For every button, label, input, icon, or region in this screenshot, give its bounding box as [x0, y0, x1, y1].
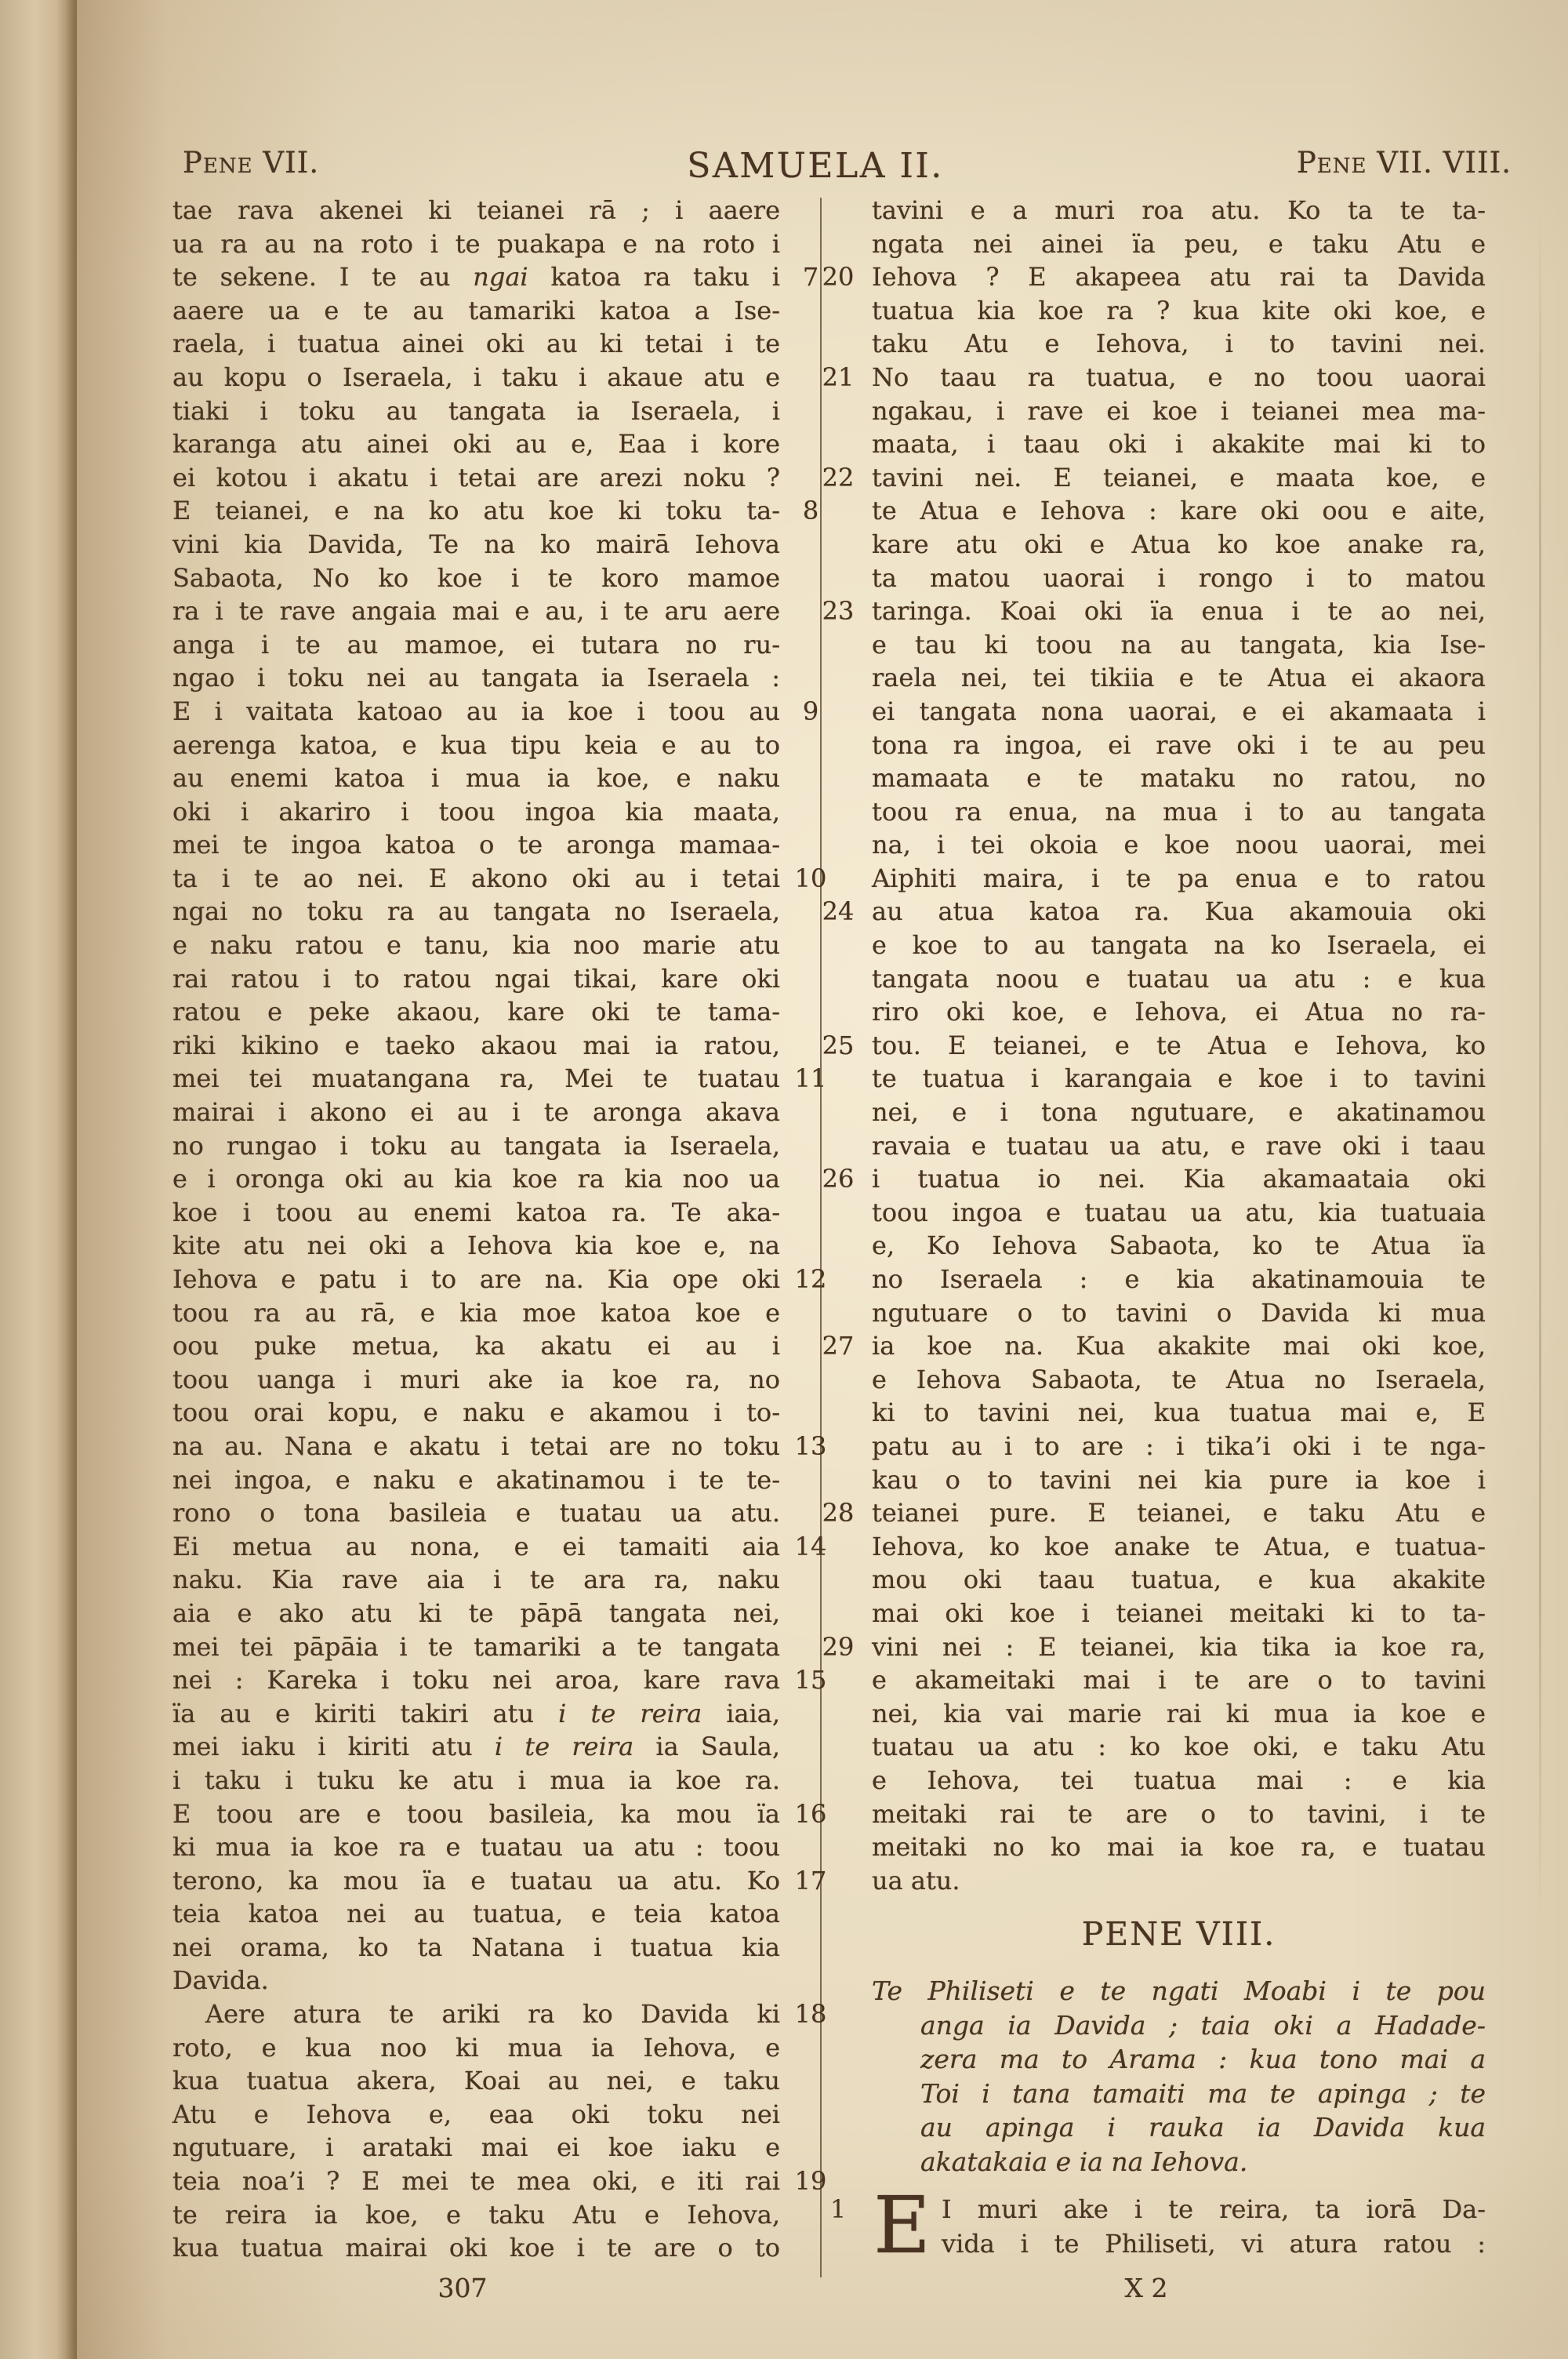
line-text: terono, ka mou ïa e tuatau ua atu. Ko	[172, 1864, 780, 1898]
text-line: ei tangata nona uaorai, e ei akamaata i	[872, 695, 1486, 729]
text-line: vida i te Philiseti, vi atura ratou :	[942, 2227, 1486, 2262]
line-text: tiaki i toku au tangata ia Iseraela, i	[172, 394, 780, 428]
text-line: rono o tona basileia e tuatau ua atu.	[172, 1496, 780, 1530]
binding-ghost-page	[0, 0, 77, 2359]
text-line: 22tavini nei. E teianei, e maata koe, e	[872, 461, 1486, 495]
line-text: toou ingoa e tuatau ua atu, kia tuatuaia	[872, 1196, 1486, 1230]
text-line: 20Iehova ? E akapeea atu rai ta Davida	[872, 260, 1486, 294]
line-text: koe i toou au enemi katoa ra. Te aka-	[172, 1196, 780, 1230]
line-text: ngai no toku ra au tangata no Iseraela,	[172, 895, 780, 929]
line-text: ua atu.	[872, 1864, 1486, 1898]
line-text: teia katoa nei au tuatua, e teia katoa	[172, 1897, 780, 1931]
line-text: e, Ko Iehova Sabaota, ko te Atua ïa	[872, 1229, 1486, 1263]
text-line: e Iehova Sabaota, te Atua no Iseraela,	[872, 1363, 1486, 1397]
line-text: tavini nei. E teianei, e maata koe, e	[872, 461, 1486, 495]
line-text: naku. Kia rave aia i te ara ra, naku	[172, 1563, 780, 1597]
text-line: raela, i tuatua ainei oki au ki tetai i …	[172, 327, 780, 361]
page-number: 307	[438, 2273, 488, 2303]
verse-number: 1	[815, 2194, 861, 2224]
text-line: 8E teianei, e na ko atu koe ki toku ta-	[172, 494, 780, 528]
verse-number: 11	[788, 1062, 833, 1096]
line-text: ïa au e kiriti takiri atu i te reira iai…	[172, 1697, 780, 1731]
line-text: ki mua ia koe ra e tuatau ua atu : toou	[172, 1830, 780, 1864]
text-line: karanga atu ainei oki au e, Eaa i kore	[172, 427, 780, 461]
line-text: teianei pure. E teianei, e taku Atu e	[872, 1496, 1486, 1530]
right-page-curve	[1539, 204, 1541, 1929]
line-text: Iehova e patu i to are na. Kia ope oki	[172, 1263, 780, 1296]
verse-number: 20	[815, 260, 861, 294]
text-line: Toi i tana tamaiti ma te apinga ; te	[872, 2077, 1486, 2111]
text-line: meitaki no ko mai ia koe ra, e tuatau	[872, 1830, 1486, 1864]
text-line: 17terono, ka mou ïa e tuatau ua atu. Ko	[172, 1864, 780, 1898]
text-line: 7te sekene. I te au ngai katoa ra taku i	[172, 260, 780, 294]
text-line: kite atu nei oki a Iehova kia koe e, na	[172, 1229, 780, 1263]
text-line: taku Atu e Iehova, i to tavini nei.	[872, 327, 1486, 361]
line-text: teia noa’i ? E mei te mea oki, e iti rai	[172, 2165, 780, 2198]
line-text: na, i tei okoia e koe noou uaorai, mei	[872, 828, 1486, 862]
line-text: Te Philiseti e te ngati Moabi i te pou	[872, 1974, 1486, 2008]
drop-cap-initial: E	[872, 2193, 942, 2262]
text-line: raela nei, tei tikiia e te Atua ei akaor…	[872, 661, 1486, 695]
text-line: 21No taau ra tuatua, e no toou uaorai	[872, 361, 1486, 394]
text-line: no rungao i toku au tangata ia Iseraela,	[172, 1129, 780, 1163]
line-text: meitaki no ko mai ia koe ra, e tuatau	[872, 1830, 1486, 1864]
text-line: toou ra au rā, e kia moe katoa koe e	[172, 1296, 780, 1330]
chapter-verse-1: 1 E I muri ake i te reira, ta iorā Da- v…	[872, 2193, 1486, 2262]
text-line: ei kotou i akatu i tetai are arezi noku …	[172, 461, 780, 495]
line-text: tona ra ingoa, ei rave oki i te au peu	[872, 729, 1486, 762]
line-text: riki kikino e taeko akaou mai ia ratou,	[172, 1029, 780, 1063]
text-line: ta matou uaorai i rongo i to matou	[872, 562, 1486, 595]
line-text: rai ratou i to ratou ngai tikai, kare ok…	[172, 962, 780, 996]
line-text: Davida.	[172, 1964, 780, 1997]
line-text: vini nei : E teianei, kia tika ia koe ra…	[872, 1630, 1486, 1664]
text-line: toou orai kopu, e naku e akamou i to-	[172, 1396, 780, 1430]
text-line: mairai i akono ei au i te aronga akava	[172, 1096, 780, 1129]
text-line: patu au i to are : i tika’i oki i te nga…	[872, 1430, 1486, 1463]
text-line: toou uanga i muri ake ia koe ra, no	[172, 1363, 780, 1397]
text-line: teia katoa nei au tuatua, e teia katoa	[172, 1897, 780, 1931]
text-line: ki to tavini nei, kua tuatua mai e, E	[872, 1396, 1486, 1430]
text-line: nei, e i tona ngutuare, e akatinamou	[872, 1096, 1486, 1129]
line-text: kua tuatua mairai oki koe i te are o to	[172, 2231, 780, 2265]
text-line: e Iehova, tei tuatua mai : e kia	[872, 1764, 1486, 1797]
verse-number: 13	[788, 1430, 833, 1463]
line-text: raela nei, tei tikiia e te Atua ei akaor…	[872, 661, 1486, 695]
line-text: riro oki koe, e Iehova, ei Atua no ra-	[872, 995, 1486, 1029]
text-line: au enemi katoa i mua ia koe, e naku	[172, 761, 780, 795]
text-line: kau o to tavini nei kia pure ia koe i	[872, 1463, 1486, 1497]
text-line: ïa au e kiriti takiri atu i te reira iai…	[172, 1697, 780, 1731]
line-text: E i vaitata katoao au ia koe i toou au	[172, 695, 780, 729]
text-line: aaere ua e te au tamariki katoa a Ise-	[172, 294, 780, 328]
line-text: ki to tavini nei, kua tuatua mai e, E	[872, 1396, 1486, 1430]
line-text: No taau ra tuatua, e no toou uaorai	[872, 361, 1486, 394]
text-line: tangata noou e tuatau ua atu : e kua	[872, 962, 1486, 996]
line-text: ngakau, i rave ei koe i teianei mea ma-	[872, 394, 1486, 428]
text-line: riro oki koe, e Iehova, ei Atua no ra-	[872, 995, 1486, 1029]
line-text: mamaata e te mataku no ratou, no	[872, 761, 1486, 795]
text-line: 19teia noa’i ? E mei te mea oki, e iti r…	[172, 2165, 780, 2198]
text-line: aia e ako atu ki te pāpā tangata nei,	[172, 1597, 780, 1630]
text-line: 18Aere atura te ariki ra ko Davida ki	[172, 1997, 780, 2031]
running-header-right: Pene VII. VIII.	[1297, 146, 1512, 180]
line-text: ngao i toku nei au tangata ia Iseraela :	[172, 661, 780, 695]
text-line: tavini e a muri roa atu. Ko ta te ta-	[872, 194, 1486, 227]
text-line: te Atua e Iehova : kare oki oou e aite,	[872, 494, 1486, 528]
line-text: e naku ratou e tanu, kia noo marie atu	[172, 929, 780, 962]
line-text: mei tei pāpāia i te tamariki a te tangat…	[172, 1630, 780, 1664]
text-line: 27ia koe na. Kua akakite mai oki koe,	[872, 1329, 1486, 1363]
line-text: no rungao i toku au tangata ia Iseraela,	[172, 1129, 780, 1163]
text-line: Aiphiti maira, i te pa enua e to ratou	[872, 862, 1486, 896]
text-line: oki i akariro i toou ingoa kia maata,	[172, 795, 780, 829]
line-text: karanga atu ainei oki au e, Eaa i kore	[172, 427, 780, 461]
line-text: oou puke metua, ka akatu ei au i	[172, 1329, 780, 1363]
text-line: kare atu oki e Atua ko koe anake ra,	[872, 528, 1486, 562]
text-line: anga ia Davida ; taia oki a Hadade-	[872, 2008, 1486, 2043]
verse-number: 27	[815, 1329, 861, 1363]
line-text: maata, i taau oki i akakite mai ki to	[872, 427, 1486, 461]
verse-number: 26	[815, 1162, 861, 1196]
line-text: rono o tona basileia e tuatau ua atu.	[172, 1496, 780, 1530]
line-text: no Iseraela : e kia akatinamouia te	[872, 1263, 1486, 1296]
verse-number: 17	[788, 1864, 833, 1898]
line-text: tuatau ua atu : ko koe oki, e taku Atu	[872, 1730, 1486, 1764]
line-text: tae rava akenei ki teianei rā ; i aaere	[172, 194, 780, 227]
line-text: kare atu oki e Atua ko koe anake ra,	[872, 528, 1486, 562]
right-column-verse-lines: tavini e a muri roa atu. Ko ta te ta-nga…	[872, 194, 1486, 1897]
line-text: mei tei muatangana ra, Mei te tuatau	[172, 1062, 780, 1096]
line-text: nei ingoa, e naku e akatinamou i te te-	[172, 1463, 780, 1497]
verse-number: 8	[788, 494, 833, 528]
verse-number: 9	[788, 695, 833, 729]
text-line: au apinga i rauka ia Davida kua	[872, 2110, 1486, 2145]
text-line: nei ingoa, e naku e akatinamou i te te-	[172, 1463, 780, 1497]
verse-number: 29	[815, 1630, 861, 1664]
line-text: au atua katoa ra. Kua akamouia oki	[872, 895, 1486, 929]
text-line: e akameitaki mai i te are o to tavini	[872, 1663, 1486, 1697]
line-text: ua ra au na roto i te puakapa e na roto …	[172, 227, 780, 261]
text-line: Te Philiseti e te ngati Moabi i te pou	[872, 1974, 1486, 2008]
text-line: tiaki i toku au tangata ia Iseraela, i	[172, 394, 780, 428]
line-text: mei te ingoa katoa o te aronga mamaa-	[172, 828, 780, 862]
line-text: i taku i tuku ke atu i mua ia koe ra.	[172, 1764, 780, 1797]
line-text: roto, e kua noo ki mua ia Iehova, e	[172, 2031, 780, 2065]
verse-number: 22	[815, 461, 861, 495]
verse-number: 21	[815, 361, 861, 394]
line-text: e i oronga oki au kia koe ra kia noo ua	[172, 1162, 780, 1196]
line-text: Ei metua au nona, e ei tamaiti aia	[172, 1530, 780, 1564]
line-text: mou oki taau tuatua, e kua akakite	[872, 1563, 1486, 1597]
text-line: ngutuare o to tavini o Davida ki mua	[872, 1296, 1486, 1330]
line-text: nei orama, ko ta Natana i tuatua kia	[172, 1931, 780, 1965]
line-text: mairai i akono ei au i te aronga akava	[172, 1096, 780, 1129]
text-line: zera ma to Arama : kua tono mai a	[872, 2042, 1486, 2077]
verse-number: 28	[815, 1496, 861, 1530]
signature-mark: X 2	[1125, 2273, 1168, 2303]
text-line: ra i te rave angaia mai e au, i te aru a…	[172, 594, 780, 628]
line-text: ta i te ao nei. E akono oki au i tetai	[172, 862, 780, 896]
text-line: riki kikino e taeko akaou mai ia ratou,	[172, 1029, 780, 1063]
line-text: e tau ki toou na au tangata, kia Ise-	[872, 628, 1486, 662]
line-text: toou ra au rā, e kia moe katoa koe e	[172, 1296, 780, 1330]
right-text-column: tavini e a muri roa atu. Ko ta te ta-nga…	[872, 194, 1486, 2262]
line-text: aia e ako atu ki te pāpā tangata nei,	[172, 1597, 780, 1630]
line-text: nei, kia vai marie rai ki mua ia koe e	[872, 1697, 1486, 1731]
line-text: ngata nei ainei ïa peu, e taku Atu e	[872, 227, 1486, 261]
text-line: toou ingoa e tuatau ua atu, kia tuatuaia	[872, 1196, 1486, 1230]
text-line: Atu e Iehova e, eaa oki toku nei	[172, 2098, 780, 2132]
text-line: tuatua kia koe ra ? kua kite oki koe, e	[872, 294, 1486, 328]
line-text: nei : Kareka i toku nei aroa, kare rava	[172, 1663, 780, 1697]
text-line: 24au atua katoa ra. Kua akamouia oki	[872, 895, 1486, 929]
line-text: tavini e a muri roa atu. Ko ta te ta-	[872, 194, 1486, 227]
text-line: 23taringa. Koai oki ïa enua i te ao nei,	[872, 594, 1486, 628]
line-text: e akameitaki mai i te are o to tavini	[872, 1663, 1486, 1697]
line-text: Iehova ? E akapeea atu rai ta Davida	[872, 260, 1486, 294]
line-text: ei tangata nona uaorai, e ei akamaata i	[872, 695, 1486, 729]
line-text: patu au i to are : i tika’i oki i te nga…	[872, 1430, 1486, 1463]
text-line: 29vini nei : E teianei, kia tika ia koe …	[872, 1630, 1486, 1664]
line-text: Iehova, ko koe anake te Atua, e tuatua-	[872, 1530, 1486, 1564]
line-text: mei iaku i kiriti atu i te reira ia Saul…	[172, 1730, 780, 1764]
left-text-column: tae rava akenei ki teianei rā ; i aaereu…	[172, 194, 780, 2265]
line-text: tangata noou e tuatau ua atu : e kua	[872, 962, 1486, 996]
verse-number: 16	[788, 1797, 833, 1831]
line-text: te Atua e Iehova : kare oki oou e aite,	[872, 494, 1486, 528]
text-line: 13na au. Nana e akatu i tetai are no tok…	[172, 1430, 780, 1463]
verse-number: 24	[815, 895, 861, 929]
text-line: aerenga katoa, e kua tipu keia e au to	[172, 729, 780, 762]
line-text: toou ra enua, na mua i to au tangata	[872, 795, 1486, 829]
text-line: 28teianei pure. E teianei, e taku Atu e	[872, 1496, 1486, 1530]
line-text: Toi i tana tamaiti ma te apinga ; te	[872, 2077, 1486, 2111]
text-line: Iehova, ko koe anake te Atua, e tuatua-	[872, 1530, 1486, 1564]
text-line: nei orama, ko ta Natana i tuatua kia	[172, 1931, 780, 1965]
verse-number: 25	[815, 1029, 861, 1063]
text-line: ua atu.	[872, 1864, 1486, 1898]
text-line: roto, e kua noo ki mua ia Iehova, e	[172, 2031, 780, 2065]
text-line: 10ta i te ao nei. E akono oki au i tetai	[172, 862, 780, 896]
text-line: ngao i toku nei au tangata ia Iseraela :	[172, 661, 780, 695]
text-line: ngata nei ainei ïa peu, e taku Atu e	[872, 227, 1486, 261]
text-line: anga i te au mamoe, ei tutara no ru-	[172, 628, 780, 662]
line-text: ra i te rave angaia mai e au, i te aru a…	[172, 594, 780, 628]
line-text: anga i te au mamoe, ei tutara no ru-	[172, 628, 780, 662]
line-text: au kopu o Iseraela, i taku i akaue atu e	[172, 361, 780, 394]
line-text: e Iehova, tei tuatua mai : e kia	[872, 1764, 1486, 1797]
text-line: e i oronga oki au kia koe ra kia noo ua	[172, 1162, 780, 1196]
line-text: ngutuare o to tavini o Davida ki mua	[872, 1296, 1486, 1330]
text-line: 15nei : Kareka i toku nei aroa, kare rav…	[172, 1663, 780, 1697]
text-line: ngutuare, i arataki mai ei koe iaku e	[172, 2131, 780, 2165]
line-text: toou orai kopu, e naku e akamou i to-	[172, 1396, 780, 1430]
text-line: 14Ei metua au nona, e ei tamaiti aia	[172, 1530, 780, 1564]
text-line: oou puke metua, ka akatu ei au i	[172, 1329, 780, 1363]
text-line: ravaia e tuatau ua atu, e rave oki i taa…	[872, 1129, 1486, 1163]
text-line: na, i tei okoia e koe noou uaorai, mei	[872, 828, 1486, 862]
line-text: te tuatua i karangaia e koe i to tavini	[872, 1062, 1486, 1096]
verse-number: 12	[788, 1263, 833, 1296]
line-text: te sekene. I te au ngai katoa ra taku i	[172, 260, 780, 294]
line-text: aaere ua e te au tamariki katoa a Ise-	[172, 294, 780, 328]
line-text: Atu e Iehova e, eaa oki toku nei	[172, 2098, 780, 2132]
text-line: 11mei tei muatangana ra, Mei te tuatau	[172, 1062, 780, 1096]
text-line: e koe to au tangata na ko Iseraela, ei	[872, 929, 1486, 962]
line-text: e koe to au tangata na ko Iseraela, ei	[872, 929, 1486, 962]
text-line: Sabaota, No ko koe i te koro mamoe	[172, 562, 780, 595]
line-text: ei kotou i akatu i tetai are arezi noku …	[172, 461, 780, 495]
text-line: 12Iehova e patu i to are na. Kia ope oki	[172, 1263, 780, 1296]
text-line: toou ra enua, na mua i to au tangata	[872, 795, 1486, 829]
line-text: au enemi katoa i mua ia koe, e naku	[172, 761, 780, 795]
line-text: Aiphiti maira, i te pa enua e to ratou	[872, 862, 1486, 896]
text-line: 9E i vaitata katoao au ia koe i toou au	[172, 695, 780, 729]
line-text: tou. E teianei, e te Atua e Iehova, ko	[872, 1029, 1486, 1063]
line-text: au apinga i rauka ia Davida kua	[872, 2110, 1486, 2145]
line-text: aerenga katoa, e kua tipu keia e au to	[172, 729, 780, 762]
verse-number: 18	[788, 1997, 833, 2031]
line-text: ta matou uaorai i rongo i to matou	[872, 562, 1486, 595]
text-line: mei tei pāpāia i te tamariki a te tangat…	[172, 1630, 780, 1664]
line-text: mai oki koe i teianei meitaki ki to ta-	[872, 1597, 1486, 1630]
chapter-heading: PENE VIII.	[872, 1914, 1486, 1954]
line-text: tuatua kia koe ra ? kua kite oki koe, e	[872, 294, 1486, 328]
line-text: te reira ia koe, e taku Atu e Iehova,	[172, 2198, 780, 2232]
line-text: vini kia Davida, Te na ko mairā Iehova	[172, 528, 780, 562]
line-text: na au. Nana e akatu i tetai are no toku	[172, 1430, 780, 1463]
text-line: naku. Kia rave aia i te ara ra, naku	[172, 1563, 780, 1597]
text-line: e naku ratou e tanu, kia noo marie atu	[172, 929, 780, 962]
line-text: taku Atu e Iehova, i to tavini nei.	[872, 327, 1486, 361]
text-line: mou oki taau tuatua, e kua akakite	[872, 1563, 1486, 1597]
line-text: anga ia Davida ; taia oki a Hadade-	[872, 2008, 1486, 2043]
verse-1-text: I muri ake i te reira, ta iorā Da- vida …	[942, 2193, 1486, 2262]
text-line: meitaki rai te are o to tavini, i te	[872, 1797, 1486, 1831]
text-line: I muri ake i te reira, ta iorā Da-	[942, 2193, 1486, 2227]
line-text: e Iehova Sabaota, te Atua no Iseraela,	[872, 1363, 1486, 1397]
text-line: rai ratou i to ratou ngai tikai, kare ok…	[172, 962, 780, 996]
text-line: ki mua ia koe ra e tuatau ua atu : toou	[172, 1830, 780, 1864]
text-line: kua tuatua mairai oki koe i te are o to	[172, 2231, 780, 2265]
line-text: ravaia e tuatau ua atu, e rave oki i taa…	[872, 1129, 1486, 1163]
line-text: E toou are e toou basileia, ka mou ïa	[172, 1797, 780, 1831]
text-line: maata, i taau oki i akakite mai ki to	[872, 427, 1486, 461]
line-text: zera ma to Arama : kua tono mai a	[872, 2042, 1486, 2077]
text-line: 16E toou are e toou basileia, ka mou ïa	[172, 1797, 780, 1831]
text-line: e, Ko Iehova Sabaota, ko te Atua ïa	[872, 1229, 1486, 1263]
text-line: mai oki koe i teianei meitaki ki to ta-	[872, 1597, 1486, 1630]
text-line: kua tuatua akera, Koai au nei, e taku	[172, 2064, 780, 2098]
line-text: oki i akariro i toou ingoa kia maata,	[172, 795, 780, 829]
line-text: akatakaia e ia na Iehova.	[872, 2145, 1486, 2179]
text-line: akatakaia e ia na Iehova.	[872, 2145, 1486, 2179]
line-text: ratou e peke akaou, kare oki te tama-	[172, 995, 780, 1029]
text-line: 25tou. E teianei, e te Atua e Iehova, ko	[872, 1029, 1486, 1063]
verse-number: 10	[788, 862, 833, 896]
text-line: mamaata e te mataku no ratou, no	[872, 761, 1486, 795]
verse-number: 14	[788, 1530, 833, 1564]
text-line: vini kia Davida, Te na ko mairā Iehova	[172, 528, 780, 562]
verse-number: 23	[815, 594, 861, 628]
text-line: mei iaku i kiriti atu i te reira ia Saul…	[172, 1730, 780, 1764]
line-text: i tuatua io nei. Kia akamaataia oki	[872, 1162, 1486, 1196]
text-line: te reira ia koe, e taku Atu e Iehova,	[172, 2198, 780, 2232]
text-line: au kopu o Iseraela, i taku i akaue atu e	[172, 361, 780, 394]
verse-number: 15	[788, 1663, 833, 1697]
text-line: mei te ingoa katoa o te aronga mamaa-	[172, 828, 780, 862]
text-line: te tuatua i karangaia e koe i to tavini	[872, 1062, 1486, 1096]
text-line: tona ra ingoa, ei rave oki i te au peu	[872, 729, 1486, 762]
line-text: kite atu nei oki a Iehova kia koe e, na	[172, 1229, 780, 1263]
chapter-summary: Te Philiseti e te ngati Moabi i te pouan…	[872, 1974, 1486, 2179]
text-line: ratou e peke akaou, kare oki te tama-	[172, 995, 780, 1029]
line-text: E teianei, e na ko atu koe ki toku ta-	[172, 494, 780, 528]
line-text: nei, e i tona ngutuare, e akatinamou	[872, 1096, 1486, 1129]
text-line: tae rava akenei ki teianei rā ; i aaere	[172, 194, 780, 227]
line-text: kau o to tavini nei kia pure ia koe i	[872, 1463, 1486, 1497]
text-line: ua ra au na roto i te puakapa e na roto …	[172, 227, 780, 261]
line-text: Sabaota, No ko koe i te koro mamoe	[172, 562, 780, 595]
text-line: no Iseraela : e kia akatinamouia te	[872, 1263, 1486, 1296]
text-line: ngakau, i rave ei koe i teianei mea ma-	[872, 394, 1486, 428]
line-text: ngutuare, i arataki mai ei koe iaku e	[172, 2131, 780, 2165]
line-text: taringa. Koai oki ïa enua i te ao nei,	[872, 594, 1486, 628]
text-line: e tau ki toou na au tangata, kia Ise-	[872, 628, 1486, 662]
running-header-left: Pene VII.	[183, 146, 319, 180]
text-line: tuatau ua atu : ko koe oki, e taku Atu	[872, 1730, 1486, 1764]
line-text: toou uanga i muri ake ia koe ra, no	[172, 1363, 780, 1397]
line-text: Aere atura te ariki ra ko Davida ki	[172, 1997, 780, 2031]
text-line: 26i tuatua io nei. Kia akamaataia oki	[872, 1162, 1486, 1196]
line-text: raela, i tuatua ainei oki au ki tetai i …	[172, 327, 780, 361]
line-text: ia koe na. Kua akakite mai oki koe,	[872, 1329, 1486, 1363]
text-line: i taku i tuku ke atu i mua ia koe ra.	[172, 1764, 780, 1797]
text-line: Davida.	[172, 1964, 780, 1997]
verse-number: 19	[788, 2165, 833, 2198]
text-line: nei, kia vai marie rai ki mua ia koe e	[872, 1697, 1486, 1731]
text-line: ngai no toku ra au tangata no Iseraela,	[172, 895, 780, 929]
line-text: meitaki rai te are o to tavini, i te	[872, 1797, 1486, 1831]
text-line: koe i toou au enemi katoa ra. Te aka-	[172, 1196, 780, 1230]
line-text: kua tuatua akera, Koai au nei, e taku	[172, 2064, 780, 2098]
running-header-title: SAMUELA II.	[687, 146, 943, 186]
